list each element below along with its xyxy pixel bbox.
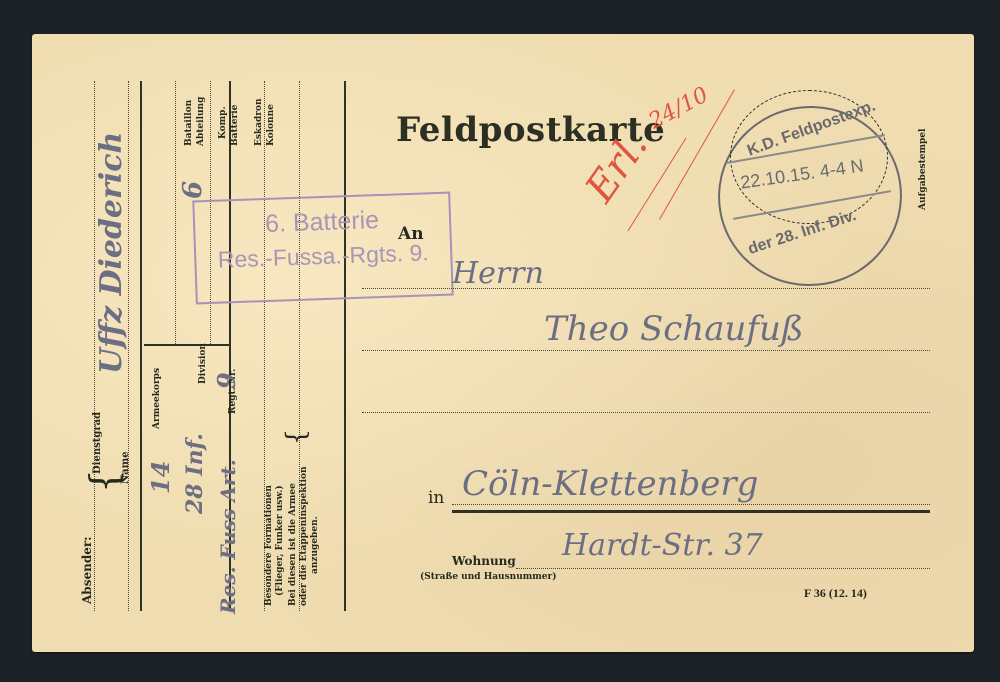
hand-regiment: 9 bbox=[212, 372, 241, 389]
label-abteilung: Abteilung bbox=[196, 97, 206, 146]
hand-salutation: Herrn bbox=[452, 256, 544, 291]
form-number: F 36 (12. 14) bbox=[804, 586, 867, 601]
label-batterie: Batterie bbox=[230, 105, 240, 146]
red-annotation-date: 24/10 bbox=[645, 83, 713, 135]
rule-dotted bbox=[175, 81, 176, 346]
hand-recipient-city: Cöln-Klettenberg bbox=[462, 464, 758, 504]
label-eskadron: Eskadron bbox=[254, 98, 264, 146]
label-name: Name bbox=[120, 451, 131, 484]
label-dienstgrad: Dienstgrad bbox=[92, 412, 103, 474]
label-komp: Komp. bbox=[218, 106, 228, 139]
rule-solid bbox=[344, 81, 346, 611]
label-kolonne: Kolonne bbox=[266, 104, 276, 146]
hand-corps: 14 bbox=[146, 461, 175, 494]
note-line-1: Besondere Formationen bbox=[264, 485, 274, 606]
label-wohnung: Wohnung bbox=[452, 554, 516, 568]
city-line-solid bbox=[452, 510, 930, 513]
dwelling-line bbox=[516, 568, 930, 569]
address-line-3 bbox=[362, 412, 930, 413]
note-line-2: (Flieger, Funker usw.) bbox=[275, 485, 285, 596]
label-an: An bbox=[398, 224, 424, 244]
note-line-5: anzugeben. bbox=[310, 516, 320, 574]
label-in: in bbox=[428, 488, 444, 508]
hand-battery: 6 bbox=[178, 181, 208, 199]
city-line-dotted bbox=[452, 504, 930, 505]
hand-regiment-unit: Res. Fuss Art. bbox=[216, 459, 240, 614]
address-line-2 bbox=[362, 350, 930, 351]
address-line-1 bbox=[362, 288, 930, 289]
rule-solid bbox=[140, 81, 142, 611]
label-aufgabestempel: Aufgabestempel bbox=[918, 129, 928, 210]
label-armeekorps: Armeekorps bbox=[152, 368, 162, 429]
label-dwelling-sub: (Straße und Hausnummer) bbox=[420, 572, 557, 582]
label-division: Division bbox=[198, 343, 208, 384]
hand-recipient-name: Theo Schaufuß bbox=[544, 309, 804, 349]
rule-horizontal bbox=[144, 344, 231, 346]
label-absender: Absender: bbox=[80, 536, 94, 604]
hand-sender-name: Uffz Diederich bbox=[94, 132, 129, 374]
postcard: Bataillon Abteilung Komp. Batterie Eskad… bbox=[32, 34, 974, 652]
label-bataillon: Bataillon bbox=[184, 100, 194, 146]
note-line-4: oder die Etappeninspektion bbox=[299, 466, 309, 606]
brace-icon: { bbox=[281, 429, 311, 446]
note-line-3: Bei diesen ist die Armee bbox=[288, 483, 298, 606]
hand-recipient-street: Hardt-Str. 37 bbox=[562, 528, 763, 563]
hand-division: 28 Inf. bbox=[182, 433, 208, 514]
